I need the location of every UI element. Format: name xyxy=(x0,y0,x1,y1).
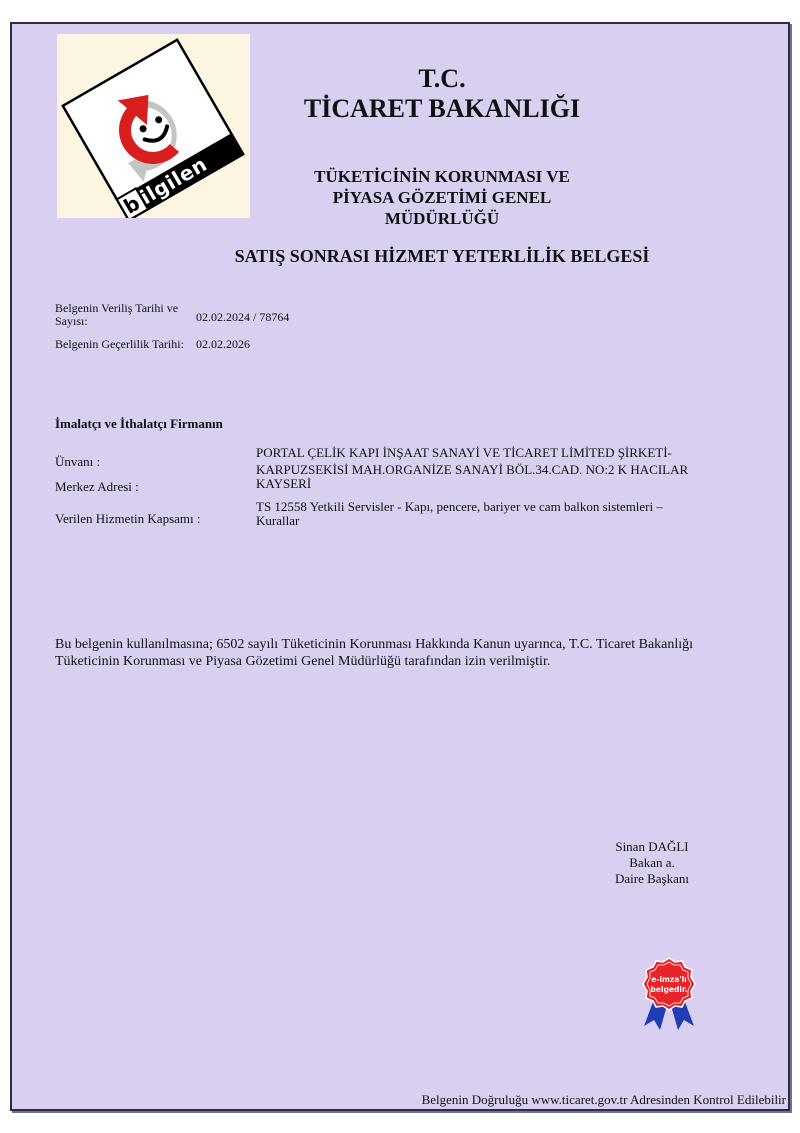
seal-text-line1: e-imza'lı xyxy=(651,975,686,984)
authorization-statement: Bu belgenin kullanılmasına; 6502 sayılı … xyxy=(55,636,755,670)
validity-date-label: Belgenin Geçerlilik Tarihi: xyxy=(55,338,215,351)
firm-title-value: PORTAL ÇELİK KAPI İNŞAAT SANAYİ VE TİCAR… xyxy=(256,446,756,460)
validity-date-value: 02.02.2026 xyxy=(196,338,250,351)
firm-section-heading: İmalatçı ve İthalatçı Firmanın xyxy=(55,416,223,432)
issue-date-label: Belgenin Veriliş Tarihi ve Sayısı: xyxy=(55,302,195,328)
service-scope-value: TS 12558 Yetkili Servisler - Kapı, pence… xyxy=(256,500,756,528)
ministry-name: TİCARET BAKANLIĞI xyxy=(252,94,632,124)
address-value: KARPUZSEKİSİ MAH.ORGANİZE SANAYİ BÖL.34.… xyxy=(256,463,756,491)
address-label: Merkez Adresi : xyxy=(55,479,139,494)
seal-text-line2: belgedir. xyxy=(651,985,688,994)
signatory-on-behalf: Bakan a. xyxy=(602,855,702,871)
verification-footer: Belgenin Doğruluğu www.ticaret.gov.tr Ad… xyxy=(422,1092,786,1107)
country-abbreviation: T.C. xyxy=(272,64,612,94)
smiley-recycle-icon: b ilgilen xyxy=(57,34,250,218)
directorate-name: TÜKETİCİNİN KORUNMASI VE PİYASA GÖZETİMİ… xyxy=(262,166,622,229)
certificate-title: SATIŞ SONRASI HİZMET YETERLİLİK BELGESİ xyxy=(172,245,712,267)
signatory-name: Sinan DAĞLI xyxy=(602,839,702,855)
directorate-line: PİYASA GÖZETİMİ GENEL xyxy=(262,187,622,208)
signature-block: Sinan DAĞLI Bakan a. Daire Başkanı xyxy=(602,839,702,887)
certificate-frame: b ilgilen T.C. TİCARET BAKANLIĞI TÜKETİC… xyxy=(10,22,790,1111)
service-scope-label: Verilen Hizmetin Kapsamı : xyxy=(55,511,201,526)
e-signature-seal-icon: e-imza'lı belgedir. xyxy=(634,954,704,1034)
directorate-line: MÜDÜRLÜĞÜ xyxy=(262,208,622,229)
signatory-title: Daire Başkanı xyxy=(602,871,702,887)
bilgilen-logo: b ilgilen xyxy=(57,34,250,218)
directorate-line: TÜKETİCİNİN KORUNMASI VE xyxy=(262,166,622,187)
issue-date-value: 02.02.2024 / 78764 xyxy=(196,311,289,324)
firm-title-label: Ünvanı : xyxy=(55,454,100,469)
